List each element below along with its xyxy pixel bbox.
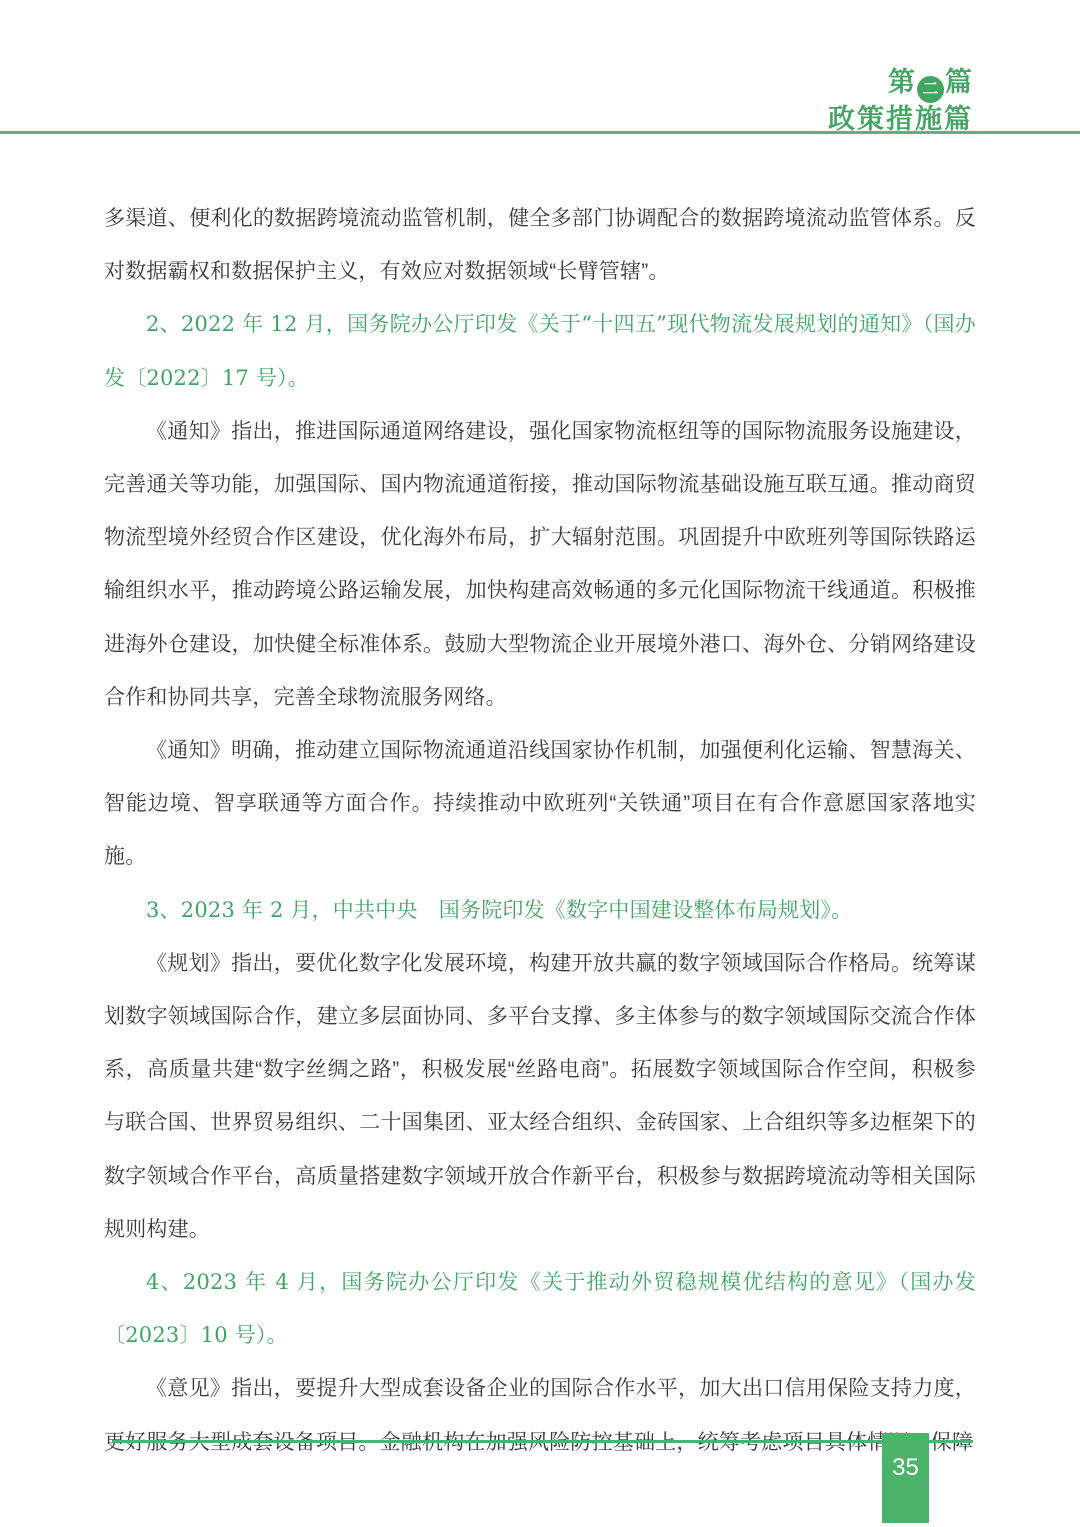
policy-heading-3: 3、2023 年 2 月，中共中央 国务院印发《数字中国建设整体布局规划》。: [104, 884, 976, 937]
section-number-suffix: 篇: [945, 67, 973, 97]
page-number: 35: [882, 1454, 929, 1482]
section-number-circle-icon: 二: [917, 76, 944, 103]
footer-divider: [112, 1440, 973, 1443]
policy-heading-2: 2、2022 年 12 月，国务院办公厅印发《关于“十四五”现代物流发展规划的通…: [104, 298, 976, 404]
page-content: 多渠道、便利化的数据跨境流动监管机制，健全多部门协调配合的数据跨境流动监管体系。…: [104, 192, 976, 1469]
paragraph-plan-points: 《规划》指出，要优化数字化发展环境，构建开放共赢的数字领域国际合作格局。统筹谋划…: [104, 937, 976, 1256]
paragraph-opinion-points: 《意见》指出，要提升大型成套设备企业的国际合作水平，加大出口信用保险支持力度，更…: [104, 1362, 976, 1468]
section-number-prefix: 第: [888, 67, 916, 97]
header-divider: [0, 131, 1080, 134]
section-number-badge-text: 二: [922, 81, 938, 98]
page-number-badge: 35: [882, 1433, 929, 1523]
section-header: 第二篇 政策措施篇: [828, 66, 973, 135]
paragraph-notice-clarifies: 《通知》明确，推动建立国际物流通道沿线国家协作机制，加强便利化运输、智慧海关、智…: [104, 724, 976, 884]
document-page: 第二篇 政策措施篇 多渠道、便利化的数据跨境流动监管机制，健全多部门协调配合的数…: [0, 0, 1080, 1527]
policy-heading-4: 4、2023 年 4 月，国务院办公厅印发《关于推动外贸稳规模优结构的意见》（国…: [104, 1256, 976, 1362]
section-number-title: 第二篇: [828, 66, 973, 103]
paragraph-notice-points: 《通知》指出，推进国际通道网络建设，强化国家物流枢纽等的国际物流服务设施建设，完…: [104, 405, 976, 724]
paragraph-continuation: 多渠道、便利化的数据跨境流动监管机制，健全多部门协调配合的数据跨境流动监管体系。…: [104, 192, 976, 298]
